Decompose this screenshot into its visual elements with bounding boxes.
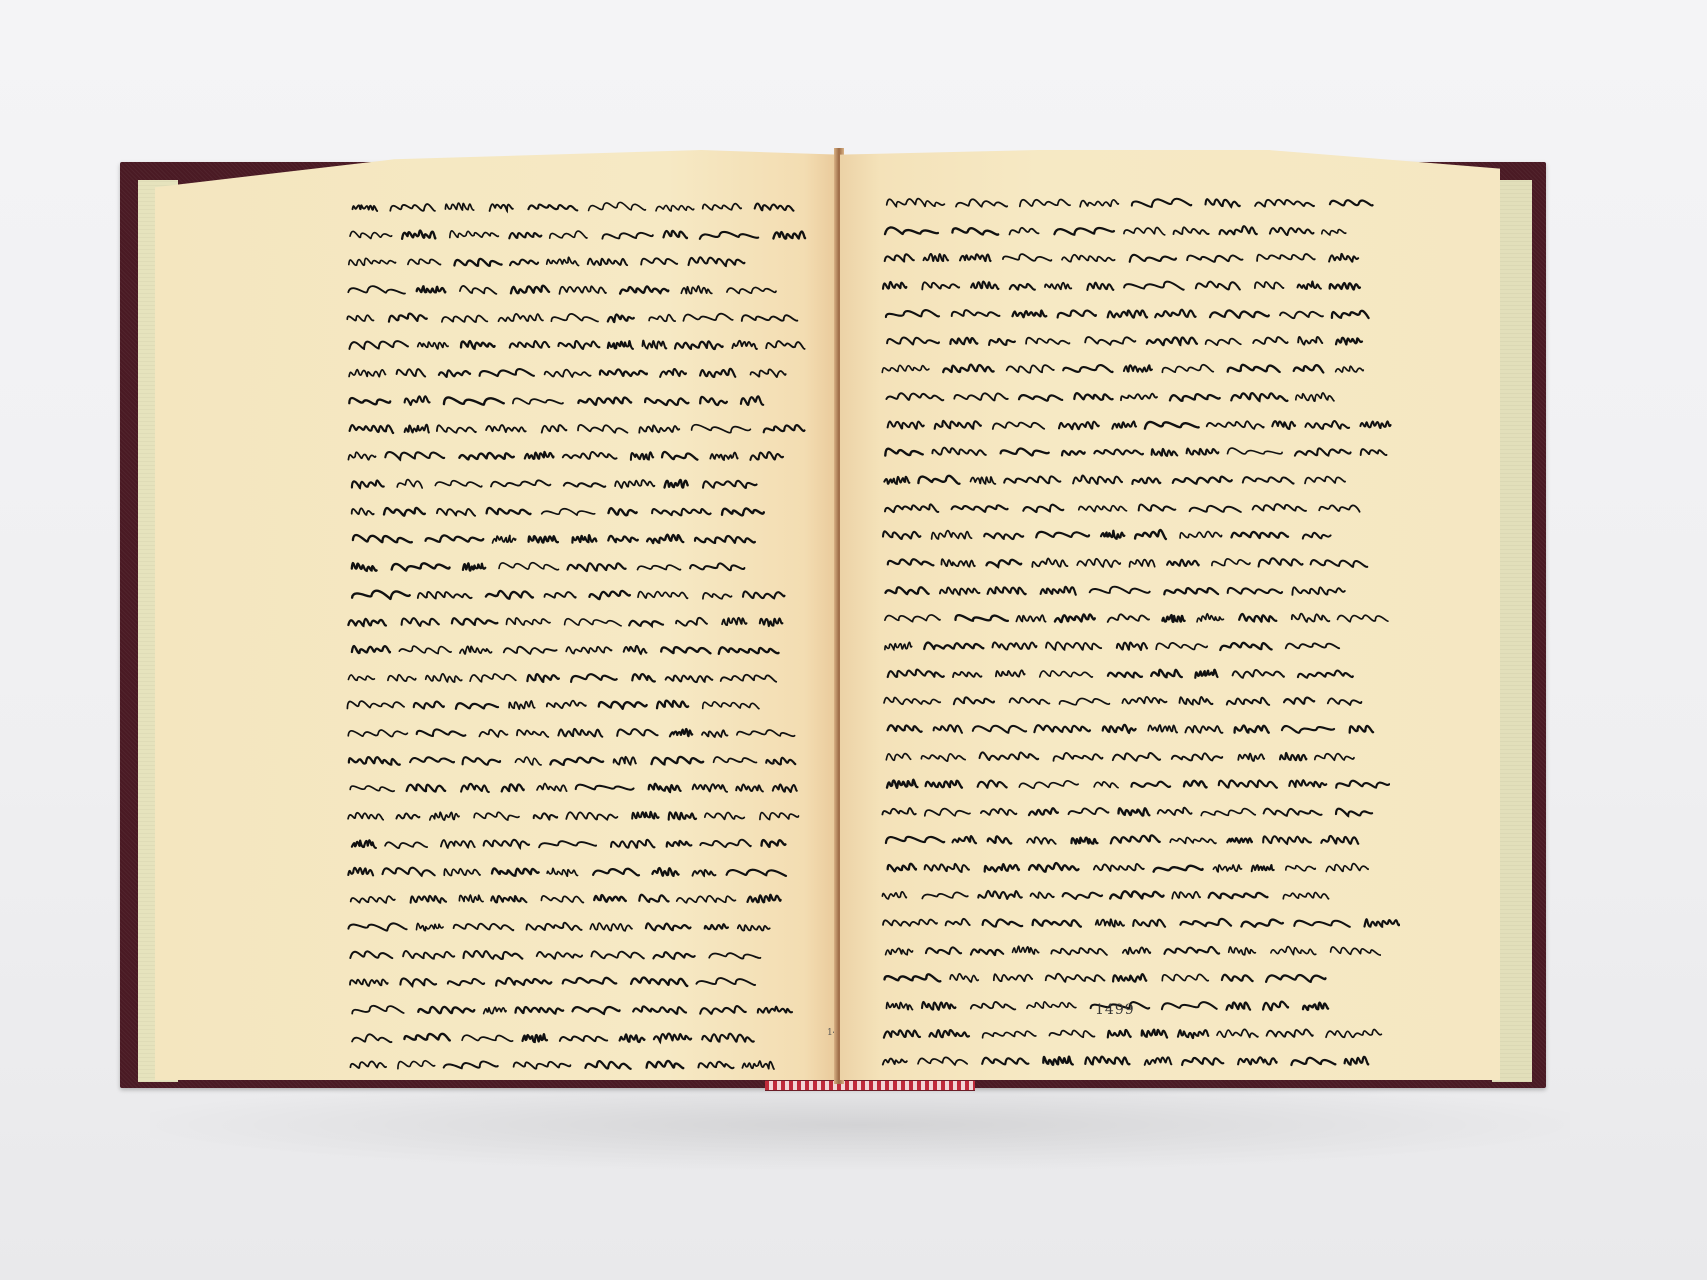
handwritten-line [345, 220, 815, 248]
handwritten-line [345, 967, 815, 995]
handwritten-line [880, 1019, 1400, 1047]
handwritten-line [345, 940, 815, 968]
handwritten-line [880, 299, 1400, 327]
handwritten-line [345, 524, 815, 552]
handwritten-line [880, 493, 1400, 521]
handwritten-line [880, 326, 1400, 354]
handwritten-line [345, 469, 815, 497]
handwritten-line [880, 825, 1400, 853]
handwritten-line [880, 963, 1400, 991]
handwritten-line [880, 465, 1400, 493]
handwritten-line [880, 216, 1400, 244]
handwritten-line [345, 358, 815, 386]
right-page-number: 1499 [1095, 1002, 1135, 1018]
right-page-text [880, 188, 1400, 1074]
handwritten-line [345, 552, 815, 580]
handwritten-line [345, 330, 815, 358]
handwritten-line [880, 880, 1400, 908]
handwritten-line [345, 441, 815, 469]
handwritten-line [345, 690, 815, 718]
handwritten-line [880, 410, 1400, 438]
handwritten-line [880, 797, 1400, 825]
handwritten-line [880, 271, 1400, 299]
handwritten-line [880, 603, 1400, 631]
handwritten-line [880, 686, 1400, 714]
handwritten-line [345, 718, 815, 746]
handwritten-line [345, 1023, 815, 1051]
right-page: 1499 [840, 150, 1500, 1080]
handwritten-line [880, 631, 1400, 659]
handwritten-line [880, 742, 1400, 770]
handwritten-line [880, 1046, 1400, 1074]
book-shadow [150, 1080, 1570, 1170]
handwritten-line [880, 714, 1400, 742]
handwritten-line [880, 576, 1400, 604]
handwritten-line [880, 382, 1400, 410]
handwritten-line [345, 663, 815, 691]
handwritten-line [880, 936, 1400, 964]
handwritten-line [880, 188, 1400, 216]
handwritten-line [345, 497, 815, 525]
handwritten-line [880, 548, 1400, 576]
handwritten-line [345, 386, 815, 414]
handwritten-line [880, 520, 1400, 548]
handwritten-line [345, 1050, 815, 1078]
handwritten-line [345, 773, 815, 801]
handwritten-line [345, 746, 815, 774]
handwritten-line [345, 829, 815, 857]
handwritten-line [345, 801, 815, 829]
handwritten-line [880, 354, 1400, 382]
left-page: 1498 [155, 150, 838, 1080]
handwritten-line [880, 437, 1400, 465]
handwritten-line [880, 659, 1400, 687]
handwritten-line [345, 275, 815, 303]
handwritten-line [880, 991, 1400, 1019]
handwritten-line [345, 414, 815, 442]
handwritten-line [880, 769, 1400, 797]
handwritten-line [345, 247, 815, 275]
handwritten-line [345, 607, 815, 635]
handwritten-line [880, 853, 1400, 881]
handwritten-line [345, 303, 815, 331]
handwritten-line [345, 995, 815, 1023]
handwritten-line [880, 908, 1400, 936]
handwritten-line [345, 884, 815, 912]
handwritten-line [345, 912, 815, 940]
handwritten-line [345, 192, 815, 220]
handwritten-line [345, 580, 815, 608]
handwritten-line [345, 857, 815, 885]
handwritten-line [345, 635, 815, 663]
handwritten-line [880, 243, 1400, 271]
left-page-text [345, 192, 815, 1078]
headband [765, 1080, 975, 1091]
